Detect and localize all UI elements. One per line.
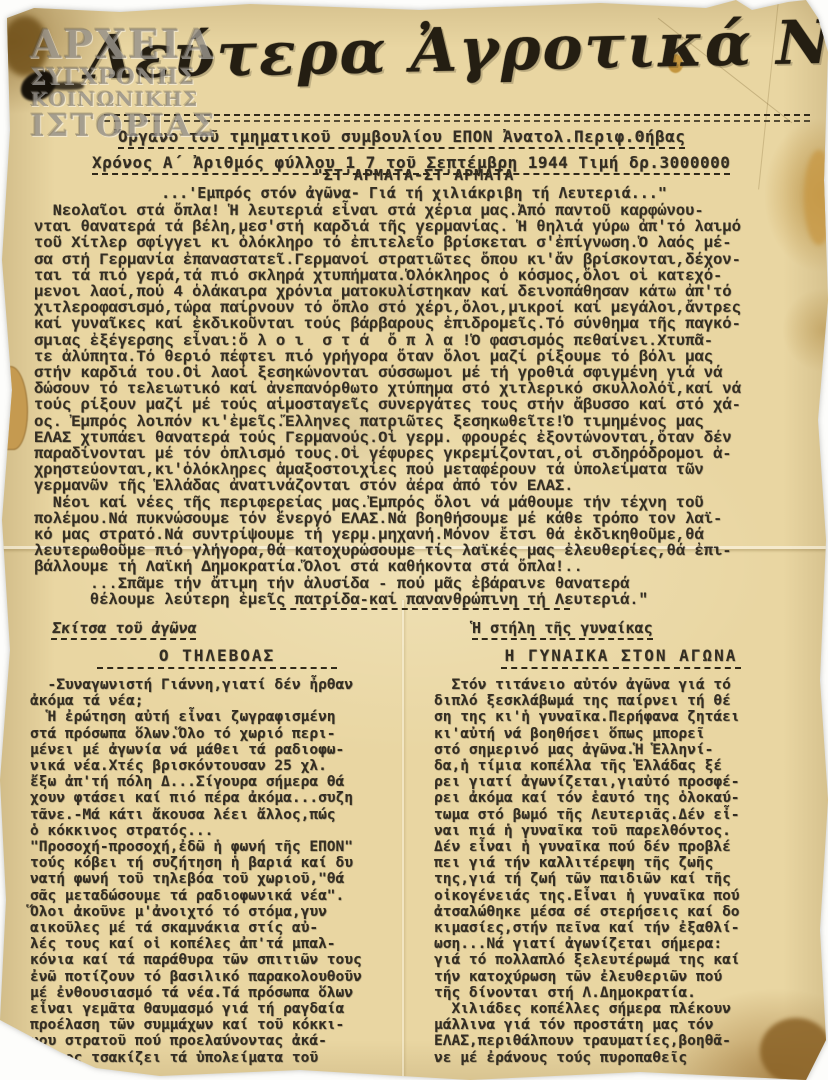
right-column-text: Στόν τιτάνειο αὐτόν ἀγῶνα γιά τό διπλό ξ… xyxy=(434,677,808,1066)
left-column-heading: Ο ΤΗΛΕΒΟΑΣ xyxy=(97,646,337,669)
column-woman-in-struggle: Ἡ στήλη τῆς γυναίκας Η ΓΥΝΑΙΚΑ ΣΤΟΝ ΑΓΩΝ… xyxy=(434,618,808,1066)
watermark-line: ΑΡΧΕΙΑ xyxy=(30,24,216,66)
scanned-document-page: { "document": { "type": "scanned newspap… xyxy=(0,0,828,1080)
masthead-issue-line: Χρόνος Α΄ Ἀριθμός φύλλου 1 7 τοῦ Σεπτέμβ… xyxy=(92,153,730,175)
right-column-heading: Η ΓΥΝΑΙΚΑ ΣΤΟΝ ΑΓΩΝΑ xyxy=(501,646,741,669)
watermark-line: ΣΥΓΧΡΟΝΗΣ xyxy=(30,66,216,89)
right-column-kicker: Ἡ στήλη τῆς γυναίκας xyxy=(472,619,653,640)
lead-article-text: Νεολαῖοι στά ὅπλα! Ἡ λευτεριά εἶναι στά … xyxy=(34,203,804,608)
left-column-text: -Συναγωνιστή Γιάννη,γιατί δέν ἦρθαν ἀκόμ… xyxy=(30,677,404,1066)
two-column-section: Σκίτσα τοῦ ἀγῶνα Ο ΤΗΛΕΒΟΑΣ -Συναγωνιστή… xyxy=(30,618,808,1066)
aged-paper-sheet: ΑΡΧΕΙΑ ΣΥΓΧΡΟΝΗΣ ΚΟΙΝΩΝΙΚΗΣ ΙΣΤΟΡΙΑΣ Λεύ… xyxy=(0,0,828,1080)
torn-flap-stain xyxy=(0,366,28,450)
column-telephone-crier: Σκίτσα τοῦ ἀγῶνα Ο ΤΗΛΕΒΟΑΣ -Συναγωνιστή… xyxy=(30,618,404,1066)
watermark-line: ΙΣΤΟΡΙΑΣ xyxy=(30,110,216,143)
left-column-kicker: Σκίτσα τοῦ ἀγῶνα xyxy=(51,619,198,640)
watermark-line: ΚΟΙΝΩΝΙΚΗΣ xyxy=(30,89,216,110)
epigraph-verse: ...'Εμπρός στόν ἀγῶνα- Γιά τή χιλιάκριβη… xyxy=(0,184,828,202)
archive-watermark: ΑΡΧΕΙΑ ΣΥΓΧΡΟΝΗΣ ΚΟΙΝΩΝΙΚΗΣ ΙΣΤΟΡΙΑΣ xyxy=(30,24,216,143)
paper-scan: ΑΡΧΕΙΑ ΣΥΓΧΡΟΝΗΣ ΚΟΙΝΩΝΙΚΗΣ ΙΣΤΟΡΙΑΣ Λεύ… xyxy=(0,0,828,1080)
